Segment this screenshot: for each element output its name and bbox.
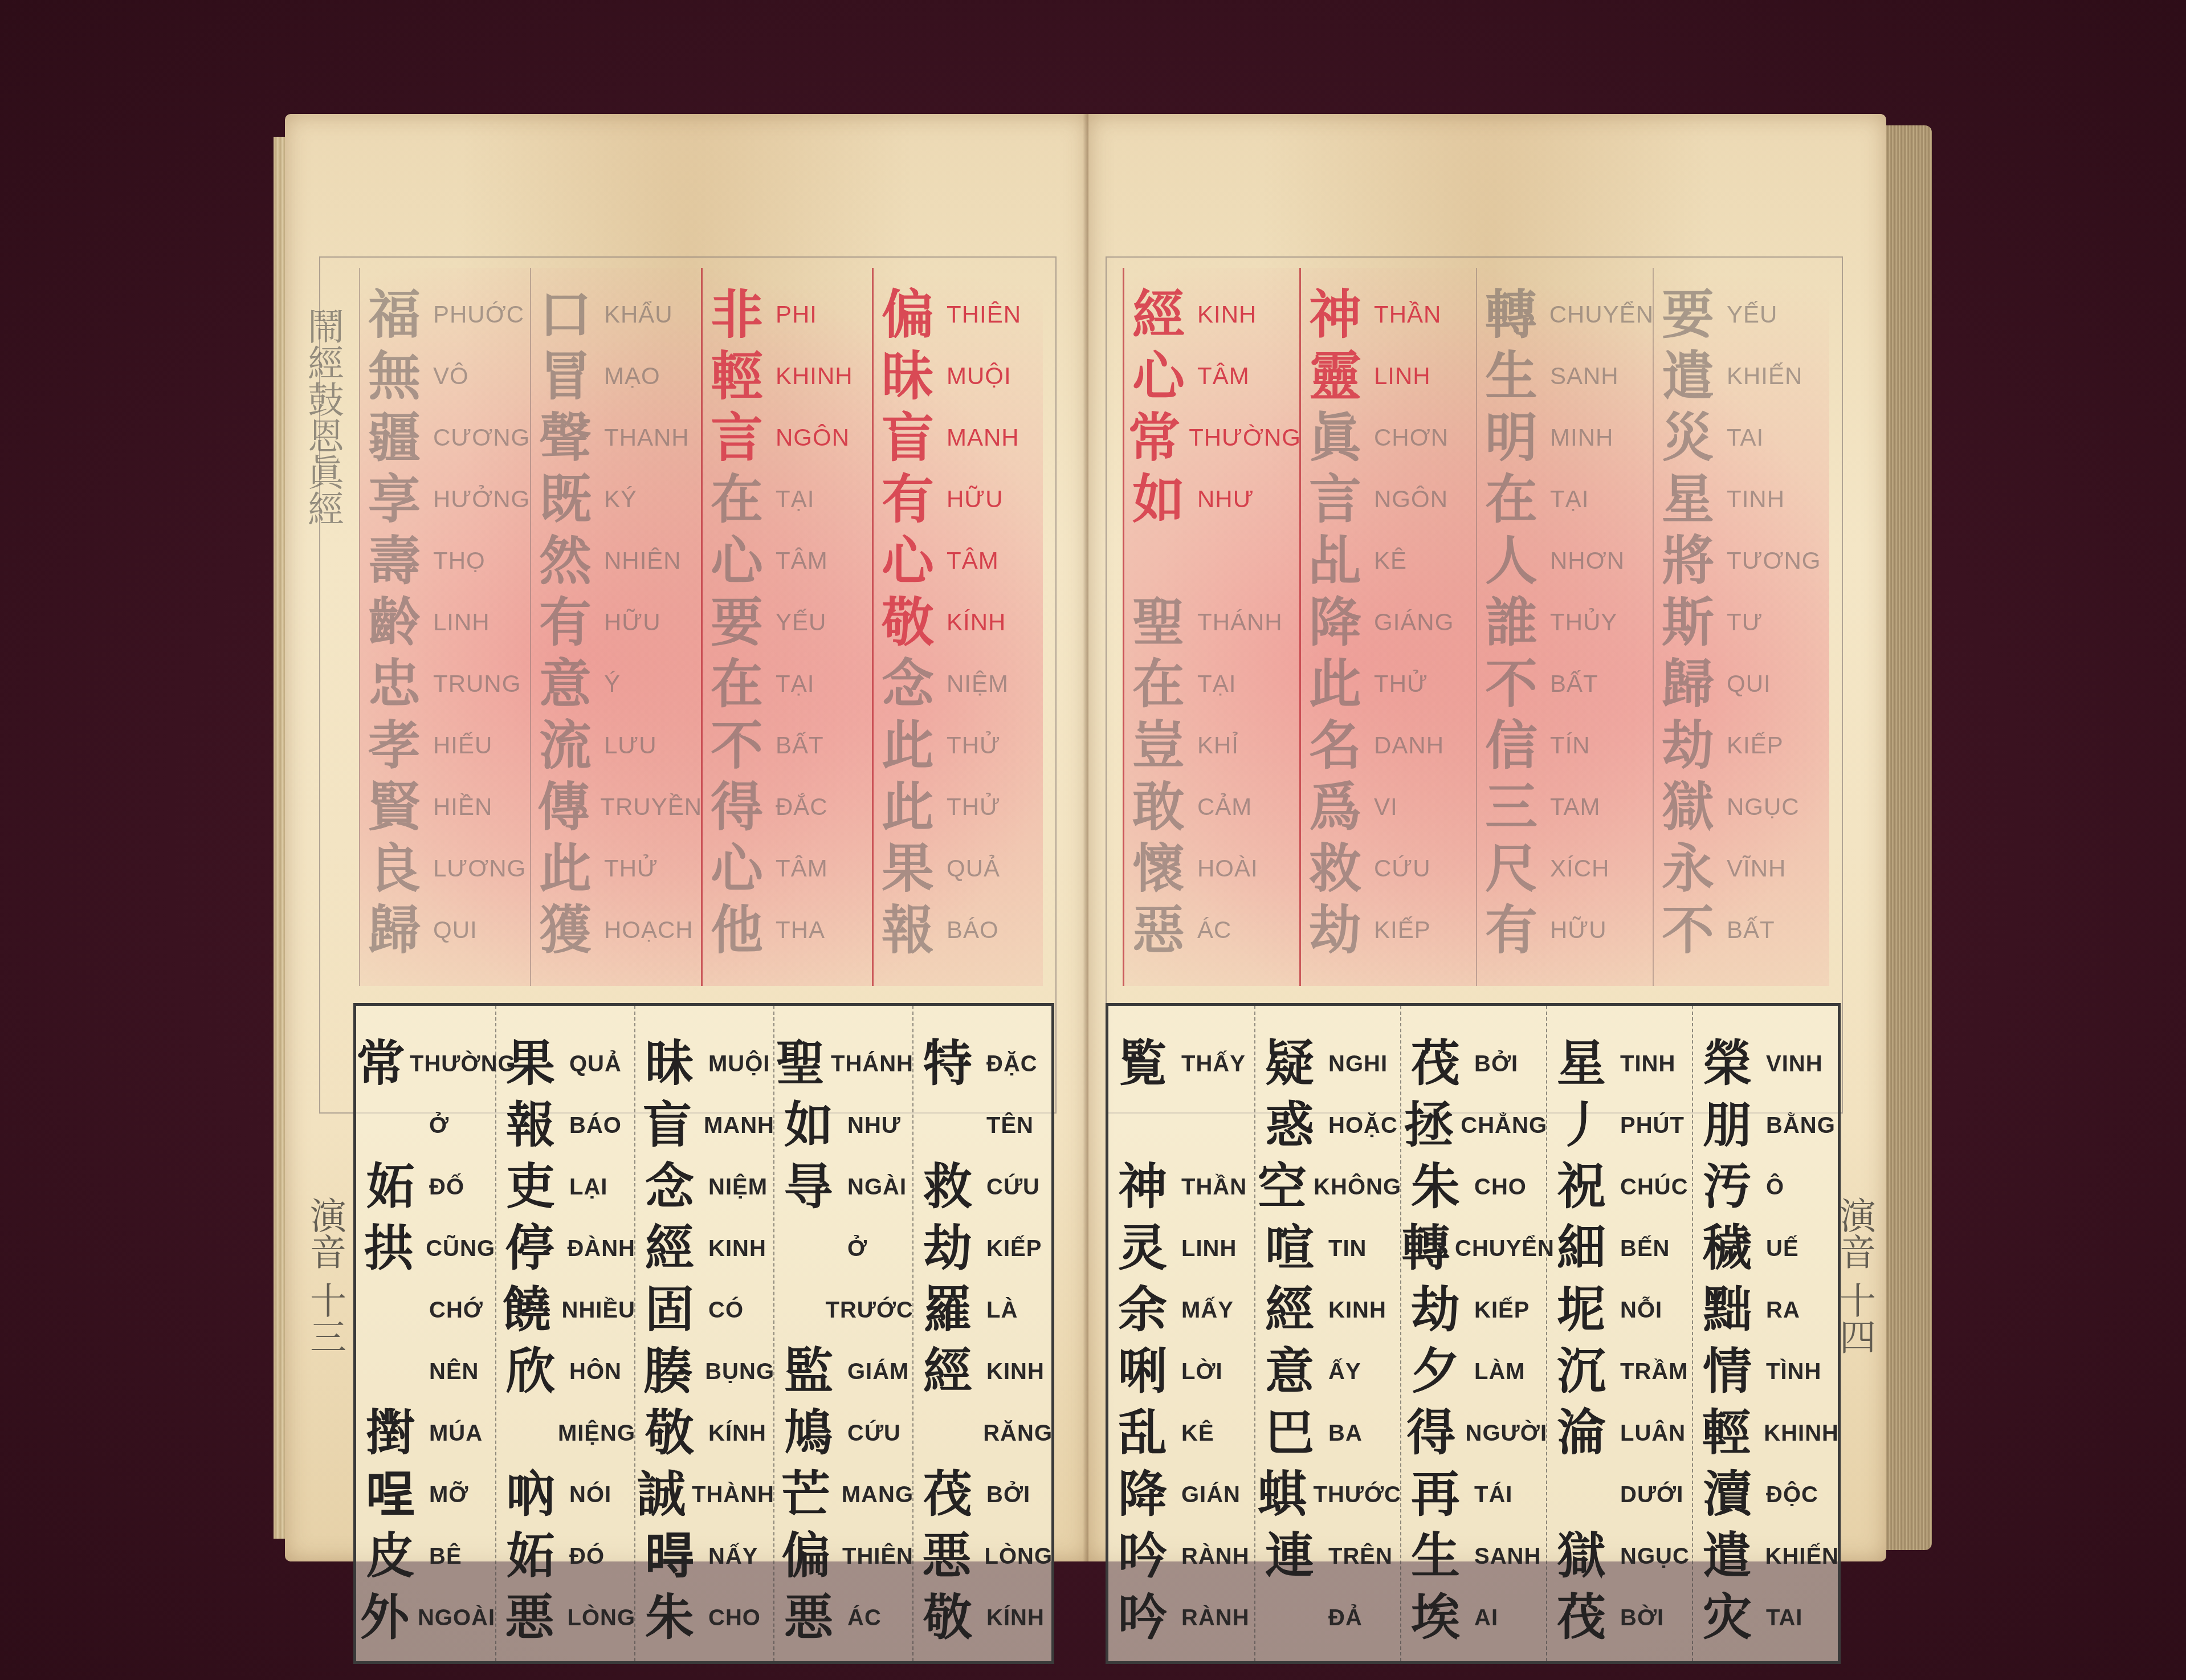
verse-cell: 名DANH xyxy=(1301,716,1478,775)
romanized-reading: TẠI xyxy=(1545,486,1589,513)
han-character: 埃 xyxy=(1401,1593,1470,1642)
romanized-reading: CHO xyxy=(704,1605,761,1631)
han-character: 皮 xyxy=(356,1532,425,1581)
han-character: 茷 xyxy=(1401,1039,1470,1088)
romanized-reading: VĨNH xyxy=(1722,855,1786,882)
romanized-reading: BÊ xyxy=(425,1544,462,1569)
open-book: 鬧經鼓恩眞經 演音 十三 福PHUỚC無VÔ疆CƯƠNG享HƯỞNG壽THỌ齡L… xyxy=(285,114,1932,1561)
han-character: 𣈜 xyxy=(635,1532,704,1581)
verse-cell: 聲THANH xyxy=(531,408,702,467)
verse-column: 神THẦN靈LINH眞CHƠN言NGÔN乩KÊ降GIÁNG此THỬ名DANH爲V… xyxy=(1299,268,1478,986)
han-character: 空 xyxy=(1255,1163,1309,1212)
verse-cell: 心TÂM xyxy=(874,531,1043,590)
romanized-reading: ĐÀNH xyxy=(562,1236,635,1262)
han-character: 𠰘 xyxy=(496,1409,553,1458)
romanized-reading: NGÀI xyxy=(843,1175,907,1200)
han-character: 余 xyxy=(1108,1286,1177,1335)
verse-cell: 拯CHẲNG xyxy=(1401,1096,1547,1155)
romanized-reading: THÀNH xyxy=(687,1482,774,1508)
han-character: 降 xyxy=(1301,596,1369,649)
verse-cell: 有HỮU xyxy=(531,593,702,652)
han-character: 有 xyxy=(874,473,942,525)
han-character: 冒 xyxy=(531,350,599,402)
romanized-reading: YẾU xyxy=(1722,301,1777,328)
romanized-reading: THÁNH xyxy=(1193,609,1283,636)
han-character: 得 xyxy=(703,781,771,833)
verse-cell: 言NGÔN xyxy=(703,408,874,467)
han-character: 𢷮 xyxy=(356,1409,425,1458)
romanized-reading: QUI xyxy=(429,916,478,944)
han-character: 常 xyxy=(356,1039,405,1088)
romanized-reading: CẢM xyxy=(1193,793,1252,821)
verse-cell: 果QUẢ xyxy=(874,839,1043,898)
verse-cell: 𢧚NÊN xyxy=(356,1342,495,1401)
verse-cell: 不BẤT xyxy=(703,716,874,775)
verse-cell: 獄NGỤC xyxy=(1547,1527,1693,1586)
han-character: 連 xyxy=(1255,1532,1324,1581)
han-character: 盲 xyxy=(635,1101,699,1150)
romanized-reading: VI xyxy=(1369,793,1398,821)
han-character: 𩯀 xyxy=(913,1409,978,1458)
romanized-reading: MẠO xyxy=(599,362,660,390)
verse-cell: 非PHI xyxy=(703,285,874,344)
han-character: 尺 xyxy=(1477,842,1545,895)
han-character: 拯 xyxy=(1401,1101,1456,1150)
han-character: 如 xyxy=(1124,473,1193,525)
romanized-reading: NHIỀU xyxy=(557,1298,635,1323)
verse-cell: 忠TRUNG xyxy=(360,654,531,713)
romanized-reading: TÂM xyxy=(942,547,999,574)
han-character: 言 xyxy=(703,411,771,464)
romanized-reading: BẾN xyxy=(1616,1236,1670,1262)
romanized-reading: MANH xyxy=(699,1113,774,1139)
verse-cell: 災TAI xyxy=(1654,408,1829,467)
romanized-reading: LINH xyxy=(429,609,490,636)
left-lower-verse-block: 常THƯỜNG𦼭Ở妬ĐỐ拱CŨNG𪡔CHỚ𢧚NÊN𢷮MÚA𠴔MỠ皮BÊ外NGOÀ… xyxy=(353,1003,1054,1664)
verse-cell: 傳TRUYỀN xyxy=(531,777,702,837)
verse-column: 經KINH心TÂM常THƯỜNG如NHƯ聖THÁNH在TẠI豈KHỈ敢CẢM懷H… xyxy=(1123,268,1301,986)
romanized-reading: KÊ xyxy=(1177,1421,1214,1446)
han-character: 細 xyxy=(1547,1224,1616,1273)
romanized-reading: KHINH xyxy=(771,362,853,390)
han-character: 穢 xyxy=(1693,1224,1761,1273)
romanized-reading: NGƯỜI xyxy=(1461,1421,1547,1446)
romanized-reading: AI xyxy=(1470,1605,1498,1631)
han-character: 黜 xyxy=(1693,1286,1761,1335)
han-character: 朱 xyxy=(635,1593,704,1642)
verse-column: 果QUẢ報BÁO吏LẠI停ĐÀNH饒NHIỀU欣HÔN𠰘MIỆNG吶NÓI妬ĐÓ… xyxy=(495,1006,635,1661)
romanized-reading: KÍNH xyxy=(704,1421,766,1446)
han-character: 固 xyxy=(635,1286,704,1335)
verse-cell: 敬KÍNH xyxy=(874,593,1043,652)
romanized-reading: PHI xyxy=(771,301,817,328)
verse-cell: 尺XÍCH xyxy=(1477,839,1654,898)
han-character: 昧 xyxy=(635,1039,704,1088)
verse-cell: 余MẤY xyxy=(1108,1281,1254,1340)
romanized-reading: KHIẾN xyxy=(1722,362,1802,390)
han-character: 賢 xyxy=(360,781,429,833)
verse-cell: 救CỨU xyxy=(913,1157,1053,1217)
romanized-reading: THƯỚC xyxy=(1308,1482,1401,1508)
verse-column: 非PHI輕KHINH言NGÔN在TẠI心TÂM要YẾU在TẠI不BẤT得ĐẮC心… xyxy=(701,268,874,986)
han-character: 再 xyxy=(1401,1470,1470,1519)
page-stack-edges xyxy=(1886,125,1932,1550)
verse-cell: 得NGƯỜI xyxy=(1401,1404,1547,1463)
verse-column: 星TINH丿PHÚT祝CHÚC細BẾN坭NỖI沉TRẦM淪LUÂN𢬣DƯỚI獄N… xyxy=(1546,1006,1693,1661)
verse-cell: 心TÂM xyxy=(1124,346,1301,406)
romanized-reading: TIN xyxy=(1324,1236,1367,1262)
romanized-reading: CHẲNG xyxy=(1456,1113,1547,1139)
verse-cell: 皮BÊ xyxy=(356,1527,495,1586)
verse-cell: 𦼭Ở xyxy=(356,1096,495,1155)
han-character: 茷 xyxy=(1547,1593,1616,1642)
romanized-reading: NẤY xyxy=(704,1544,758,1569)
han-character: 神 xyxy=(1108,1163,1177,1212)
verse-cell: 將TƯƠNG xyxy=(1654,531,1829,590)
verse-cell: 獲HOẠCH xyxy=(531,900,702,960)
verse-cell: 坭NỖI xyxy=(1547,1281,1693,1340)
romanized-reading: KINH xyxy=(1193,301,1257,328)
verse-cell: 要YẾU xyxy=(1654,285,1829,344)
romanized-reading: THA xyxy=(771,916,825,944)
romanized-reading: ĐÓ xyxy=(565,1544,605,1569)
han-character: 𢧚 xyxy=(356,1347,425,1396)
han-character: 昧 xyxy=(874,350,942,402)
verse-cell: 經KINH xyxy=(1124,285,1301,344)
verse-cell: 經KINH xyxy=(1255,1281,1401,1340)
han-character: 此 xyxy=(874,719,942,772)
verse-cell: 果QUẢ xyxy=(496,1034,635,1094)
verse-cell: 欣HÔN xyxy=(496,1342,635,1401)
han-character: 情 xyxy=(1693,1347,1761,1396)
han-character: 三 xyxy=(1477,781,1545,833)
han-character: 經 xyxy=(1124,288,1193,341)
verse-cell: 眞CHƠN xyxy=(1301,408,1478,467)
han-character: 劫 xyxy=(1654,719,1722,772)
han-character: 口 xyxy=(531,288,599,341)
romanized-reading: NHƯ xyxy=(843,1113,901,1139)
verse-cell: 細BẾN xyxy=(1547,1219,1693,1278)
han-character: 停 xyxy=(496,1224,562,1273)
verse-cell xyxy=(1124,531,1301,590)
verse-cell: 吟RÀNH xyxy=(1108,1527,1254,1586)
romanized-reading: KÍNH xyxy=(982,1605,1045,1631)
verse-cell: 賢HIỀN xyxy=(360,777,531,837)
han-character: 經 xyxy=(635,1224,704,1273)
han-character: 非 xyxy=(703,288,771,341)
romanized-reading: KHỈ xyxy=(1193,732,1239,759)
verse-cell: 轉CHUYỂN xyxy=(1477,285,1654,344)
han-character: 要 xyxy=(703,596,771,649)
verse-cell: 念NIỆM xyxy=(874,654,1043,713)
verse-cell: 朋BẰNG xyxy=(1693,1096,1839,1155)
verse-cell: 妬ĐÓ xyxy=(496,1527,635,1586)
verse-cell: 然NHIÊN xyxy=(531,531,702,590)
han-character: 乱 xyxy=(1108,1409,1177,1458)
han-character: 心 xyxy=(874,535,942,587)
romanized-reading: NHƠN xyxy=(1545,547,1625,574)
romanized-reading: MUỘI xyxy=(704,1051,770,1077)
verse-cell: 明MINH xyxy=(1477,408,1654,467)
romanized-reading: KINH xyxy=(982,1359,1045,1385)
romanized-reading: TAI xyxy=(1761,1605,1802,1631)
verse-cell: 巴BA xyxy=(1255,1404,1401,1463)
romanized-reading: MÚA xyxy=(425,1421,483,1446)
romanized-reading: BẤT xyxy=(1722,916,1775,944)
han-character: 壽 xyxy=(360,535,429,587)
verse-cell: 固CÓ xyxy=(635,1281,774,1340)
verse-cell: 聖THÁNH xyxy=(1124,593,1301,652)
han-character: 生 xyxy=(1401,1532,1470,1581)
romanized-reading: THANH xyxy=(599,424,690,451)
romanized-reading: HIẾU xyxy=(429,732,492,759)
han-character: 名 xyxy=(1301,719,1369,772)
verse-cell: 念NIỆM xyxy=(635,1157,774,1217)
romanized-reading: BÁO xyxy=(565,1113,622,1139)
verse-cell: 悪LÒNG xyxy=(496,1588,635,1648)
romanized-reading: CHỚ xyxy=(425,1298,483,1323)
verse-cell: 此THỬ xyxy=(874,716,1043,775)
right-page: 演音 十四 經KINH心TÂM常THƯỜNG如NHƯ聖THÁNH在TẠI豈KHỈ… xyxy=(1088,114,1886,1561)
verse-cell: 靈LINH xyxy=(1301,346,1478,406)
han-character: 敢 xyxy=(1124,781,1193,833)
verse-cell: 歸QUI xyxy=(360,900,531,960)
verse-cell: 冒MẠO xyxy=(531,346,702,406)
romanized-reading: LẠI xyxy=(565,1175,607,1200)
romanized-reading: VÔ xyxy=(429,362,469,390)
han-character: 此 xyxy=(1301,658,1369,710)
romanized-reading: TRƯỚC xyxy=(821,1298,913,1323)
han-character: 念 xyxy=(874,658,942,710)
verse-cell: 斯TƯ xyxy=(1654,593,1829,652)
romanized-reading: MIỆNG xyxy=(553,1421,635,1446)
romanized-reading: CỨU xyxy=(982,1175,1040,1200)
han-character: 敬 xyxy=(913,1593,982,1642)
verse-cell: 敢CẢM xyxy=(1124,777,1301,837)
han-character: 乩 xyxy=(1301,535,1369,587)
han-character: 悪 xyxy=(774,1593,843,1642)
romanized-reading: RÀNH xyxy=(1177,1544,1250,1569)
han-character: 轉 xyxy=(1401,1224,1450,1273)
romanized-reading: PHUỚC xyxy=(429,301,524,328)
romanized-reading: HOẶC xyxy=(1324,1113,1398,1139)
verse-cell: 𣈜NẤY xyxy=(635,1527,774,1586)
han-character: 救 xyxy=(913,1163,982,1212)
verse-column: 偏THIÊN昧MUỘI盲MANH有HỮU心TÂM敬KÍNH念NIỆM此THỬ此T… xyxy=(872,268,1043,986)
han-character: 心 xyxy=(1124,350,1193,402)
han-character: 敬 xyxy=(635,1409,704,1458)
han-character: 疆 xyxy=(360,411,429,464)
han-character: 爲 xyxy=(1301,781,1369,833)
romanized-reading: TÁI xyxy=(1470,1482,1512,1508)
romanized-reading: BÁO xyxy=(942,916,999,944)
han-character: 孝 xyxy=(360,719,429,772)
verse-cell: 言NGÔN xyxy=(1301,470,1478,529)
verse-cell: 𠁀ĐẢ xyxy=(1255,1588,1401,1648)
romanized-reading: THỬ xyxy=(942,793,1001,821)
han-character: 意 xyxy=(531,658,599,710)
romanized-reading: Ở xyxy=(843,1236,867,1262)
verse-cell: 懷HOÀI xyxy=(1124,839,1301,898)
verse-cell: 㝵NGÀI xyxy=(774,1157,913,1217)
romanized-reading: RÀNH xyxy=(1177,1605,1250,1631)
han-character: 吟 xyxy=(1108,1532,1177,1581)
verse-cell: 誠THÀNH xyxy=(635,1465,774,1524)
romanized-reading: NỖI xyxy=(1616,1298,1662,1323)
verse-cell: 豈KHỈ xyxy=(1124,716,1301,775)
romanized-reading: NGÔN xyxy=(1369,486,1448,513)
verse-cell: 羅LÀ xyxy=(913,1281,1053,1340)
han-character: 悪 xyxy=(913,1532,980,1581)
verse-cell: 生SANH xyxy=(1477,346,1654,406)
verse-column: 聖THÁNH如NHƯ㝵NGÀI𦼭Ở𫏾TRƯỚC監GIÁM鳩CỨU芒MANG偏TH… xyxy=(773,1006,913,1661)
han-character: 鳩 xyxy=(774,1409,843,1458)
romanized-reading: VINH xyxy=(1761,1051,1823,1077)
verse-cell: 意Ý xyxy=(531,654,702,713)
verse-column: 福PHUỚC無VÔ疆CƯƠNG享HƯỞNG壽THỌ齡LINH忠TRUNG孝HIẾ… xyxy=(359,268,531,986)
han-character: 聖 xyxy=(774,1039,826,1088)
han-character: 灵 xyxy=(1108,1224,1177,1273)
han-character: 劫 xyxy=(1301,904,1369,956)
romanized-reading: KHIẾN xyxy=(1761,1544,1839,1569)
romanized-reading: KIẾP xyxy=(1722,732,1784,759)
verse-cell: 轉CHUYỂN xyxy=(1401,1219,1547,1278)
verse-cell: 信TÍN xyxy=(1477,716,1654,775)
verse-cell: 腠BỤNG xyxy=(635,1342,774,1401)
romanized-reading: Ý xyxy=(599,670,621,698)
romanized-reading: MINH xyxy=(1545,424,1613,451)
romanized-reading: GIÁM xyxy=(843,1359,909,1385)
han-character: 流 xyxy=(531,719,599,772)
han-character: 降 xyxy=(1108,1470,1177,1519)
verse-cell: 星TINH xyxy=(1547,1034,1693,1094)
verse-cell: 意ẤY xyxy=(1255,1342,1401,1401)
verse-cell: 外NGOÀI xyxy=(356,1588,495,1648)
verse-cell: 饒NHIỀU xyxy=(496,1281,635,1340)
han-character: 遣 xyxy=(1693,1532,1761,1581)
verse-cell: 三TAM xyxy=(1477,777,1654,837)
han-character: 㝵 xyxy=(774,1163,843,1212)
verse-cell: 齡LINH xyxy=(360,593,531,652)
han-character: 夕 xyxy=(1401,1347,1470,1396)
verse-cell: 吏LẠI xyxy=(496,1157,635,1217)
han-character: 坭 xyxy=(1547,1286,1616,1335)
verse-cell: 盲MANH xyxy=(635,1096,774,1155)
romanized-reading: THẤY xyxy=(1177,1051,1246,1077)
verse-cell: 祝CHÚC xyxy=(1547,1157,1693,1217)
romanized-reading: TINH xyxy=(1722,486,1785,513)
romanized-reading: THỬ xyxy=(599,855,658,882)
romanized-reading: TINH xyxy=(1616,1051,1675,1077)
romanized-reading: LINH xyxy=(1177,1236,1237,1262)
romanized-reading: THƯỜNG xyxy=(1184,424,1301,451)
verse-cell: 朱CHO xyxy=(635,1588,774,1648)
verse-cell: 如NHƯ xyxy=(1124,470,1301,529)
han-character: 特 xyxy=(913,1039,982,1088)
verse-cell: 心TÂM xyxy=(703,839,874,898)
romanized-reading: NGỤC xyxy=(1616,1544,1690,1569)
verse-cell: 有HỮU xyxy=(874,470,1043,529)
han-character: 遣 xyxy=(1654,350,1722,402)
romanized-reading: NIỆM xyxy=(704,1175,768,1200)
verse-cell: 偏THIÊN xyxy=(774,1527,913,1586)
verse-cell: 灵LINH xyxy=(1108,1219,1254,1278)
han-character: 有 xyxy=(531,596,599,649)
verse-column: 特ĐẶC𠸜TÊN救CỨU劫KIẾP羅LÀ經KINH𩯀RĂNG茷BỞI悪LÒNG敬… xyxy=(912,1006,1053,1661)
han-character: 祝 xyxy=(1547,1163,1616,1212)
han-character: 榮 xyxy=(1693,1039,1761,1088)
verse-cell: 鳩CỨU xyxy=(774,1404,913,1463)
han-character: 齡 xyxy=(360,596,429,649)
han-character: 偏 xyxy=(774,1532,838,1581)
verse-cell: 神THẦN xyxy=(1108,1157,1254,1217)
han-character: 在 xyxy=(703,658,771,710)
verse-cell: 劫KIẾP xyxy=(1401,1281,1547,1340)
verse-cell: 拱CŨNG xyxy=(356,1219,495,1278)
verse-cell: 昧MUỘI xyxy=(874,346,1043,406)
romanized-reading: HÔN xyxy=(565,1359,622,1385)
han-character: 汚 xyxy=(1693,1163,1761,1212)
han-character: 信 xyxy=(1477,719,1545,772)
romanized-reading: TÌNH xyxy=(1761,1359,1821,1385)
han-character: 福 xyxy=(360,288,429,341)
verse-cell: 在TẠI xyxy=(1124,654,1301,713)
verse-cell: 爲VI xyxy=(1301,777,1478,837)
han-character: 疑 xyxy=(1255,1039,1324,1088)
verse-cell: 妬ĐỐ xyxy=(356,1157,495,1217)
romanized-reading: GIÁNG xyxy=(1369,609,1454,636)
verse-cell: 情TÌNH xyxy=(1693,1342,1839,1401)
han-character: 聲 xyxy=(531,411,599,464)
verse-cell: 𠸜TÊN xyxy=(913,1096,1053,1155)
han-character: 盲 xyxy=(874,411,942,464)
romanized-reading: TƯƠNG xyxy=(1722,547,1821,574)
han-character: 瀆 xyxy=(1693,1470,1761,1519)
han-character: 𢬣 xyxy=(1547,1470,1616,1519)
han-character: 誰 xyxy=(1477,596,1545,649)
verse-cell: 𩯀RĂNG xyxy=(913,1404,1053,1463)
romanized-reading: LƯƠNG xyxy=(429,855,526,882)
romanized-reading: CHÚC xyxy=(1616,1175,1689,1200)
romanized-reading: LINH xyxy=(1369,362,1431,390)
verse-cell: 吶NÓI xyxy=(496,1465,635,1524)
romanized-reading: THỬ xyxy=(1369,670,1428,698)
verse-cell: 吟RÀNH xyxy=(1108,1588,1254,1648)
romanized-reading: CỨU xyxy=(843,1421,901,1446)
han-character: 監 xyxy=(774,1347,843,1396)
verse-cell: 在TẠI xyxy=(703,470,874,529)
verse-cell: 永VĨNH xyxy=(1654,839,1829,898)
romanized-reading: KIẾP xyxy=(982,1236,1042,1262)
romanized-reading: QUẢ xyxy=(942,855,1000,882)
romanized-reading: THỌ xyxy=(429,547,486,574)
han-character: 丿 xyxy=(1547,1101,1616,1150)
verse-cell: 空KHÔNG xyxy=(1255,1157,1401,1217)
romanized-reading: HỮU xyxy=(942,486,1004,513)
romanized-reading: NÓI xyxy=(565,1482,611,1508)
romanized-reading: TRUNG xyxy=(429,670,521,698)
han-character: 茷 xyxy=(913,1470,982,1519)
han-character: 有 xyxy=(1477,904,1545,956)
romanized-reading: TRÊN xyxy=(1324,1544,1393,1569)
han-character: 𪡔 xyxy=(356,1286,425,1335)
romanized-reading: Ở xyxy=(425,1113,449,1139)
verse-column: 轉CHUYỂN生SANH明MINH在TẠI人NHƠN誰THỦY不BẤT信TÍN三… xyxy=(1476,268,1654,986)
romanized-reading: KÝ xyxy=(599,486,637,513)
han-character: 心 xyxy=(703,842,771,895)
han-character: 偏 xyxy=(874,288,942,341)
verse-cell: 灾TAI xyxy=(1693,1588,1839,1648)
